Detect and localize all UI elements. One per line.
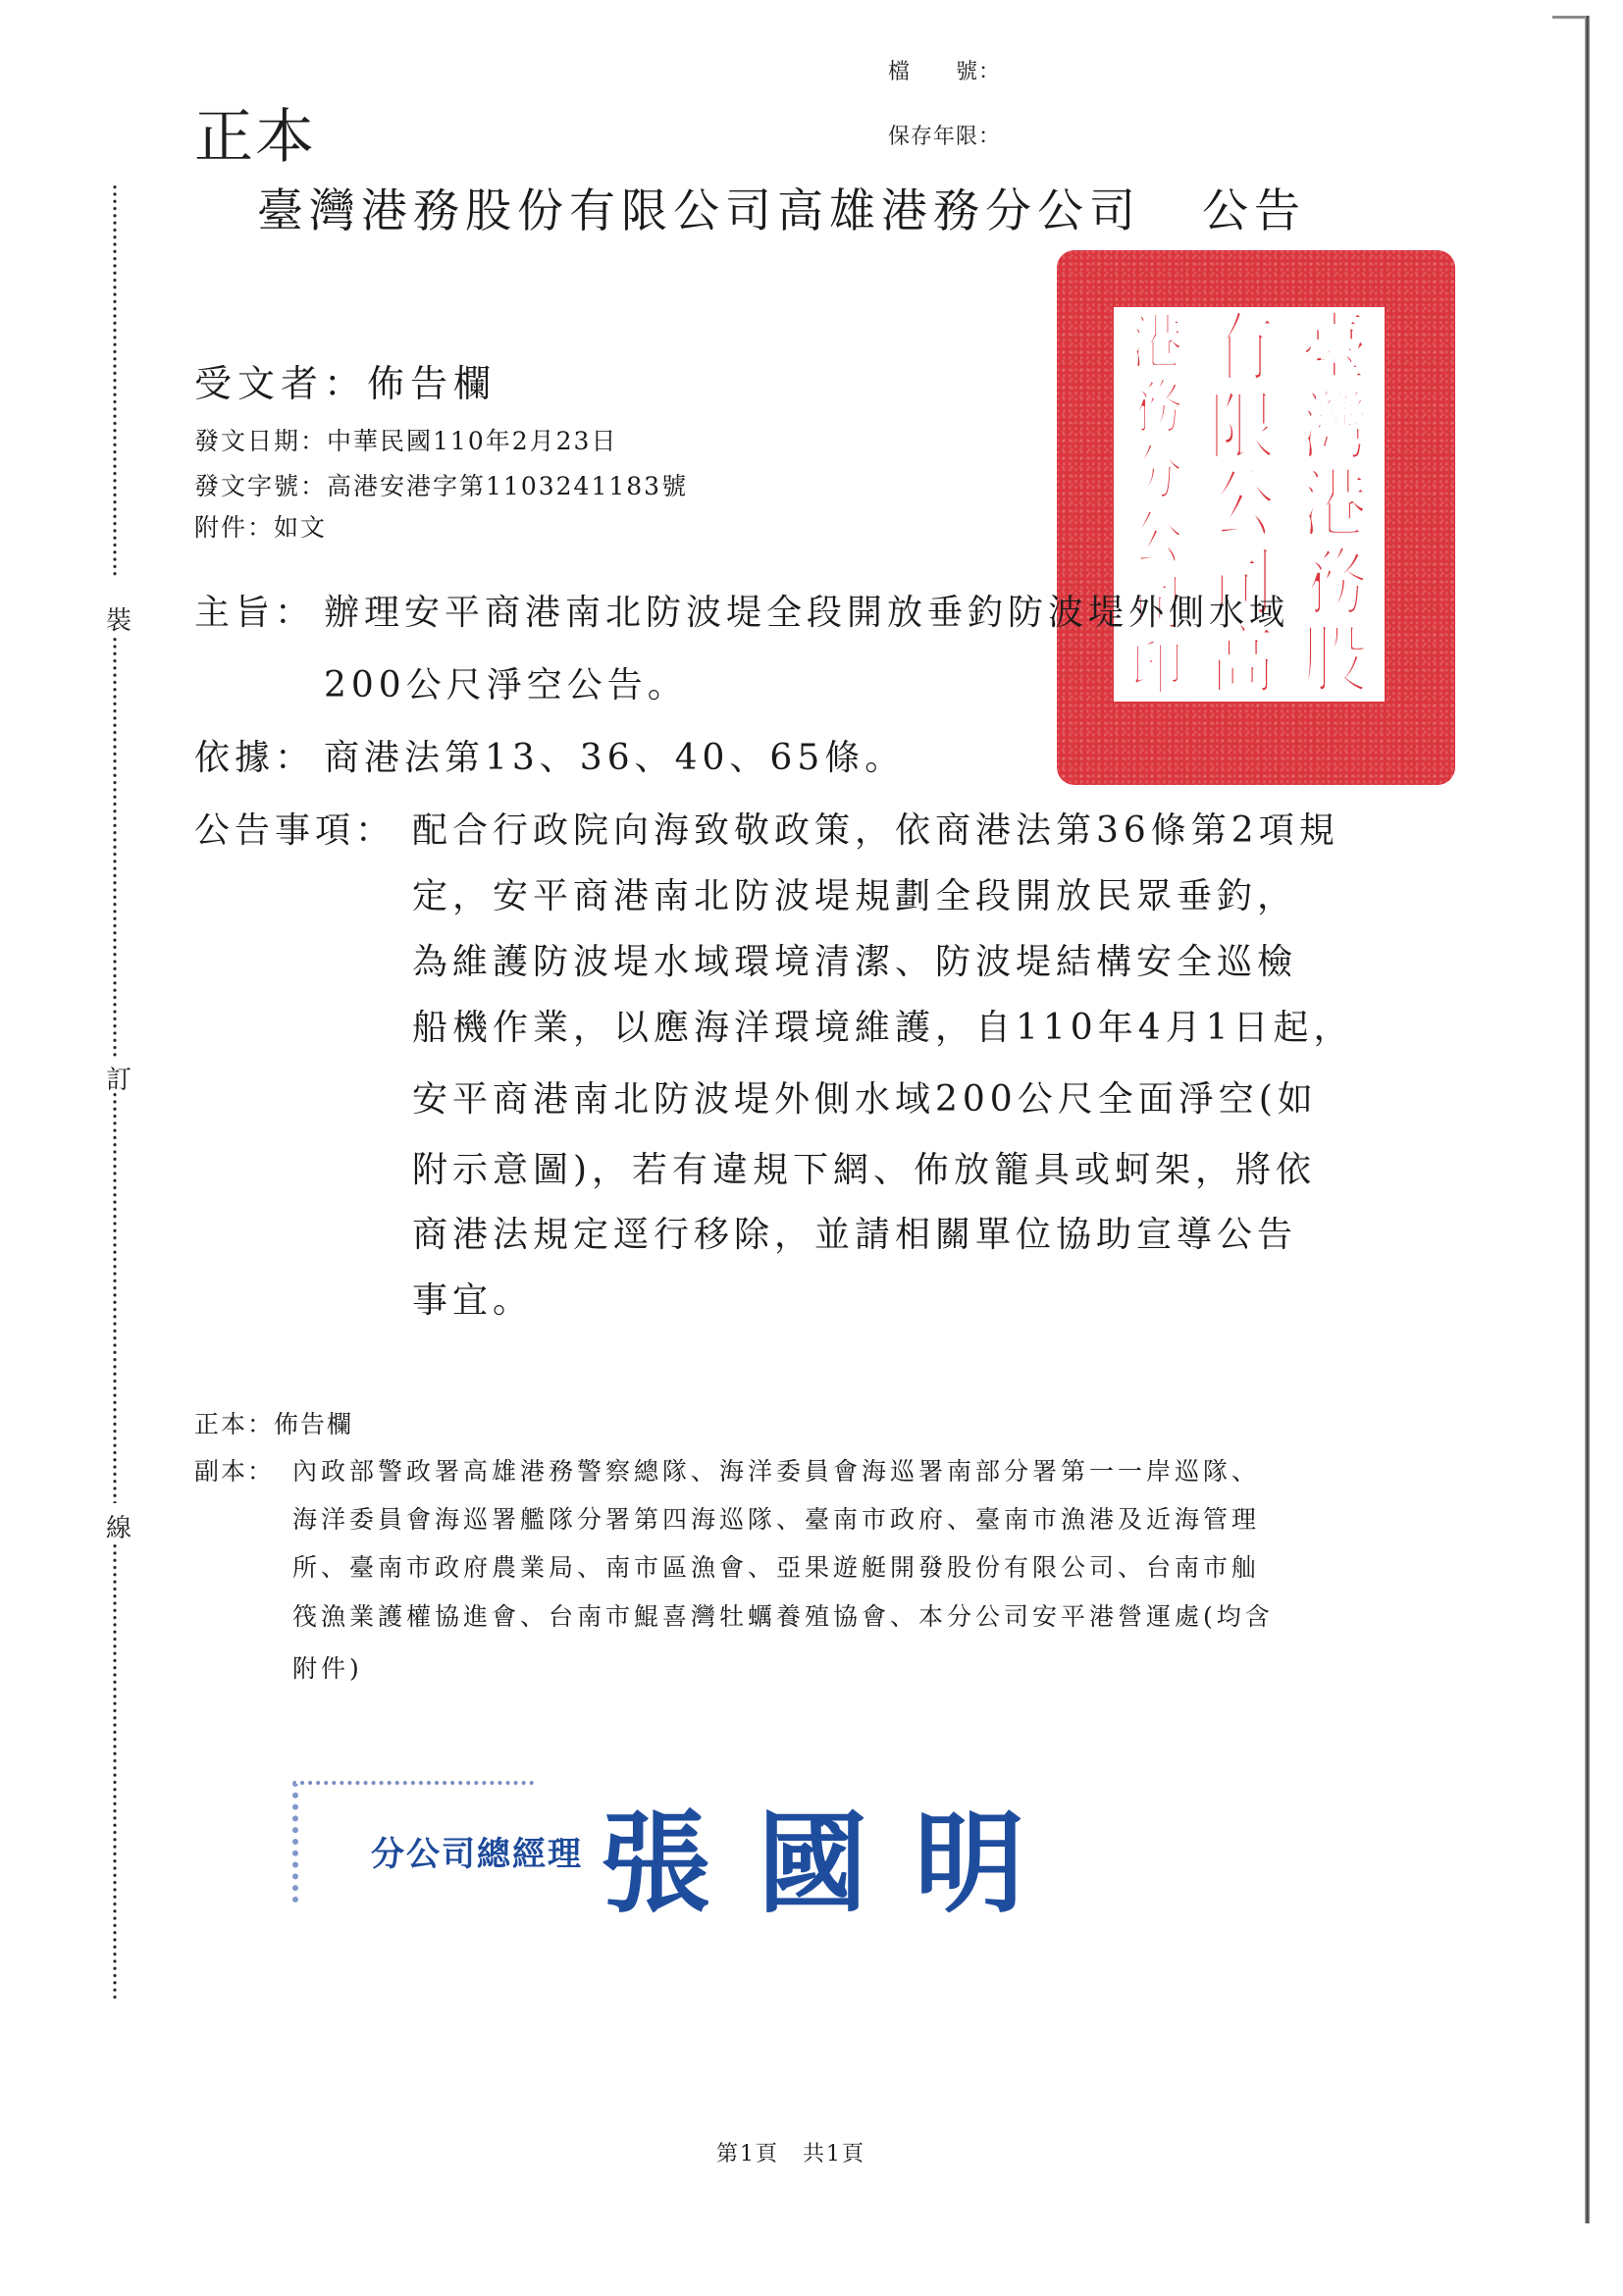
basis-label: 依據： <box>194 730 315 780</box>
announcement-label: 公告事項： <box>194 803 395 853</box>
original-label: 正本： <box>194 1410 274 1438</box>
subject-line: 辦理安平商港南北防波堤全段開放垂釣防波堤外側水域 <box>324 585 1289 635</box>
issue-date-label: 發文日期： <box>194 427 327 455</box>
subject-label: 主旨： <box>194 585 315 635</box>
announcement-line: 事宜。 <box>412 1273 533 1323</box>
official-red-seal: 臺 灣 港 務 股 有 限 公 司 高 港 務 分 公 司 印 <box>1057 250 1455 785</box>
seal-char: 公 <box>1209 467 1276 542</box>
retention-period-label: 保存年限： <box>888 120 1001 150</box>
seal-char: 分 <box>1130 443 1183 501</box>
seal-char: 務 <box>1301 545 1368 619</box>
binding-mark-xian: 線 <box>106 1508 131 1544</box>
seal-char: 務 <box>1130 377 1183 436</box>
document-type: 公告 <box>1202 184 1306 238</box>
copy-recipients-line: 附件) <box>292 1649 363 1685</box>
signatory-title: 分公司總經理 <box>371 1827 583 1875</box>
issue-number: 發文字號：高港安港字第1103241183號 <box>194 467 688 502</box>
binding-dotted-line-segment <box>113 636 117 1058</box>
announcement-line: 安平商港南北防波堤外側水域200公尺全面淨空(如 <box>412 1071 1318 1122</box>
scan-edge-line <box>1585 16 1590 2223</box>
subject-line: 200公尺淨空公告。 <box>324 657 688 707</box>
copy-recipients-line: 海洋委員會海巡署艦隊分署第四海巡隊、臺南市政府、臺南市漁港及近海管理 <box>292 1500 1260 1536</box>
seal-inscription: 臺 灣 港 務 股 有 限 公 司 高 港 務 分 公 司 印 <box>1114 307 1385 702</box>
document-title: 臺灣港務股份有限公司高雄港務分公司公告 <box>257 175 1306 240</box>
original-value: 佈告欄 <box>274 1410 353 1438</box>
recipient-value: 佈告欄 <box>367 362 497 405</box>
issue-date: 發文日期：中華民國110年2月23日 <box>194 422 617 457</box>
copy-label: 副本： <box>194 1452 274 1487</box>
seal-column: 有 限 公 司 高 <box>1209 315 1276 694</box>
issue-number-value: 高港安港字第1103241183號 <box>327 472 688 500</box>
copy-recipients-line: 所、臺南市政府農業局、南市區漁會、亞果遊艇開發股份有限公司、台南市舢 <box>292 1548 1260 1584</box>
page-number: 第1頁 共1頁 <box>716 2137 865 2167</box>
binding-mark-ding: 訂 <box>106 1060 131 1096</box>
seal-char: 有 <box>1209 311 1276 386</box>
seal-column: 港 務 分 公 司 印 <box>1130 315 1183 694</box>
original-recipient: 正本：佈告欄 <box>194 1405 353 1440</box>
copy-recipients-line: 筏漁業護權協進會、台南市鯤喜灣牡蠣養殖協會、本分公司安平港營運處(均含 <box>292 1597 1274 1633</box>
announcement-line: 為維護防波堤水域環境清潔、防波堤結構安全巡檢 <box>412 934 1297 984</box>
binding-dotted-line-segment <box>113 183 117 576</box>
announcement-line: 定，安平商港南北防波堤規劃全段開放民眾垂釣， <box>412 868 1297 918</box>
seal-char: 港 <box>1301 467 1368 542</box>
binding-mark-zhuang: 裝 <box>106 600 131 637</box>
seal-char: 股 <box>1301 623 1368 698</box>
attachment-label: 附件： <box>194 513 274 542</box>
seal-char: 臺 <box>1301 311 1368 386</box>
seal-char: 限 <box>1209 389 1276 463</box>
copy-type-label: 正本 <box>194 90 316 175</box>
binding-dotted-line-segment <box>113 1542 117 2000</box>
seal-char: 公 <box>1130 507 1183 566</box>
issue-number-label: 發文字號： <box>194 472 327 500</box>
seal-char: 印 <box>1130 638 1183 697</box>
attachment: 附件：如文 <box>194 508 327 544</box>
binding-dotted-line-segment <box>113 1091 117 1503</box>
announcement-line: 船機作業，以應海洋環境維護，自110年4月1日起， <box>412 1000 1354 1050</box>
seal-column: 臺 灣 港 務 股 <box>1301 315 1368 694</box>
seal-char: 灣 <box>1301 389 1368 463</box>
announcement-line: 附示意圖)，若有違規下網、佈放籠具或蚵架，將依 <box>412 1142 1316 1192</box>
seal-char: 港 <box>1130 312 1183 371</box>
basis-value: 商港法第13、36、40、65條。 <box>324 730 905 780</box>
issue-date-value: 中華民國110年2月23日 <box>327 427 617 455</box>
announcement-line: 商港法規定逕行移除，並請相關單位協助宣導公告 <box>412 1207 1297 1257</box>
announcement-line: 配合行政院向海致敬政策，依商港法第36條第2項規 <box>412 803 1339 853</box>
signatory-name-stamp: 張國明 <box>601 1776 1072 1934</box>
attachment-value: 如文 <box>274 513 327 542</box>
copy-recipients-line: 內政部警政署高雄港務警察總隊、海洋委員會海巡署南部分署第一一岸巡隊、 <box>292 1452 1260 1487</box>
recipient-label: 受文者： <box>194 362 367 405</box>
recipient-line: 受文者：佈告欄 <box>194 353 497 407</box>
issuing-organization: 臺灣港務股份有限公司高雄港務分公司 <box>257 184 1141 238</box>
file-number-label: 檔 號： <box>888 55 1001 85</box>
